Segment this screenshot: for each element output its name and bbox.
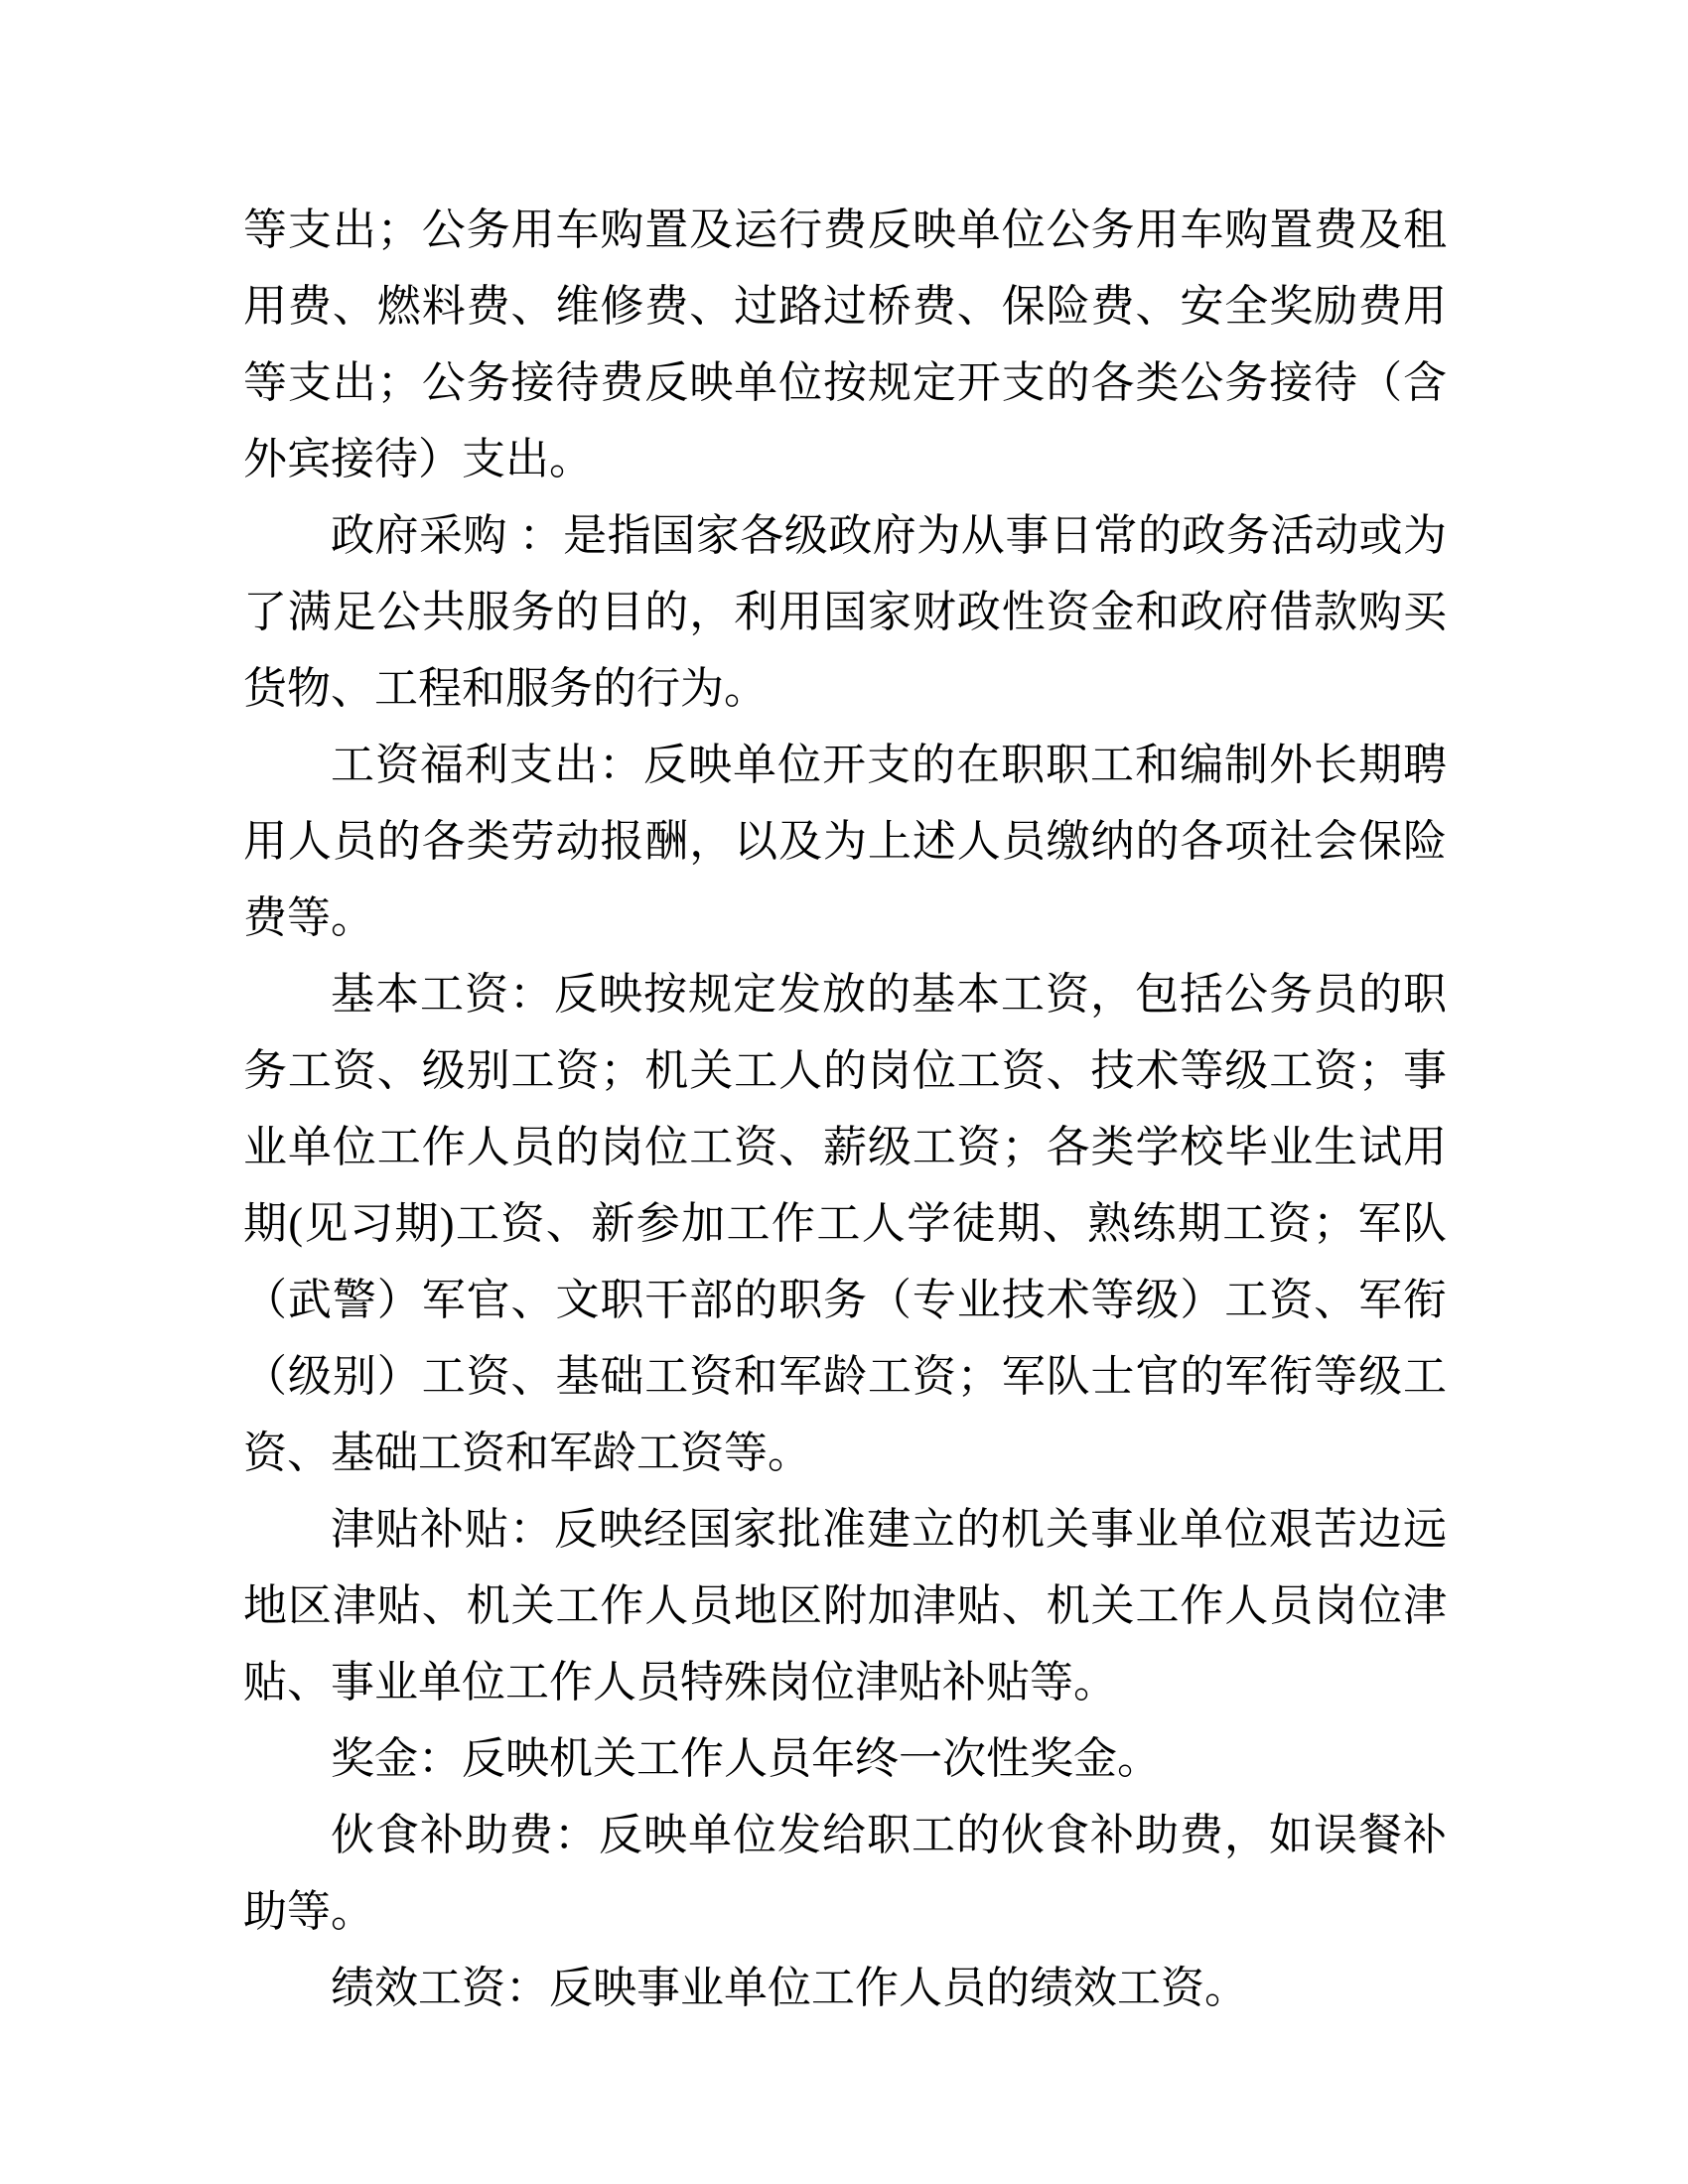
text-line: （武警）军官、文职干部的职务（专业技术等级）工资、军衔: [243, 1262, 1447, 1338]
text-line: 基本工资：反映按规定发放的基本工资，包括公务员的职: [243, 956, 1447, 1032]
text-line: 绩效工资：反映事业单位工作人员的绩效工资。: [243, 1950, 1447, 2026]
paragraph: 工资福利支出：反映单位开支的在职职工和编制外长期聘用人员的各类劳动报酬，以及为上…: [243, 727, 1447, 956]
text-line: 货物、工程和服务的行为。: [243, 650, 1447, 727]
text-line: 资、基础工资和军龄工资等。: [243, 1415, 1447, 1491]
text-line: 津贴补贴：反映经国家批准建立的机关事业单位艰苦边远: [243, 1491, 1447, 1568]
text-line: 期(见习期)工资、新参加工作工人学徒期、熟练期工资；军队: [243, 1185, 1447, 1262]
text-line: 地区津贴、机关工作人员地区附加津贴、机关工作人员岗位津: [243, 1568, 1447, 1644]
paragraph: 奖金：反映机关工作人员年终一次性奖金。: [243, 1720, 1447, 1797]
text-line: 业单位工作人员的岗位工资、薪级工资；各类学校毕业生试用: [243, 1109, 1447, 1185]
text-line: 政府采购 ：是指国家各级政府为从事日常的政务活动或为: [243, 497, 1447, 574]
paragraph: 津贴补贴：反映经国家批准建立的机关事业单位艰苦边远地区津贴、机关工作人员地区附加…: [243, 1491, 1447, 1720]
text-line: 外宾接待）支出。: [243, 421, 1447, 497]
paragraph: 基本工资：反映按规定发放的基本工资，包括公务员的职务工资、级别工资；机关工人的岗…: [243, 956, 1447, 1491]
text-line: 用人员的各类劳动报酬，以及为上述人员缴纳的各项社会保险: [243, 803, 1447, 880]
text-line: 等支出；公务用车购置及运行费反映单位公务用车购置费及租: [243, 192, 1447, 268]
text-line: 奖金：反映机关工作人员年终一次性奖金。: [243, 1720, 1447, 1797]
text-line: 贴、事业单位工作人员特殊岗位津贴补贴等。: [243, 1644, 1447, 1720]
document-page: 等支出；公务用车购置及运行费反映单位公务用车购置费及租用费、燃料费、维修费、过路…: [0, 0, 1688, 2184]
text-line: 助等。: [243, 1873, 1447, 1950]
text-line: （级别）工资、基础工资和军龄工资；军队士官的军衔等级工: [243, 1338, 1447, 1415]
paragraph: 等支出；公务用车购置及运行费反映单位公务用车购置费及租用费、燃料费、维修费、过路…: [243, 192, 1447, 497]
paragraph: 绩效工资：反映事业单位工作人员的绩效工资。: [243, 1950, 1447, 2026]
text-line: 务工资、级别工资；机关工人的岗位工资、技术等级工资；事: [243, 1032, 1447, 1109]
paragraph: 政府采购 ：是指国家各级政府为从事日常的政务活动或为了满足公共服务的目的，利用国…: [243, 497, 1447, 727]
text-line: 费等。: [243, 880, 1447, 956]
text-line: 等支出；公务接待费反映单位按规定开支的各类公务接待（含: [243, 344, 1447, 421]
paragraph: 伙食补助费：反映单位发给职工的伙食补助费，如误餐补助等。: [243, 1797, 1447, 1950]
text-line: 工资福利支出：反映单位开支的在职职工和编制外长期聘: [243, 727, 1447, 803]
text-line: 了满足公共服务的目的，利用国家财政性资金和政府借款购买: [243, 574, 1447, 650]
text-line: 伙食补助费：反映单位发给职工的伙食补助费，如误餐补: [243, 1797, 1447, 1873]
text-line: 用费、燃料费、维修费、过路过桥费、保险费、安全奖励费用: [243, 268, 1447, 344]
document-body: 等支出；公务用车购置及运行费反映单位公务用车购置费及租用费、燃料费、维修费、过路…: [243, 192, 1447, 2026]
